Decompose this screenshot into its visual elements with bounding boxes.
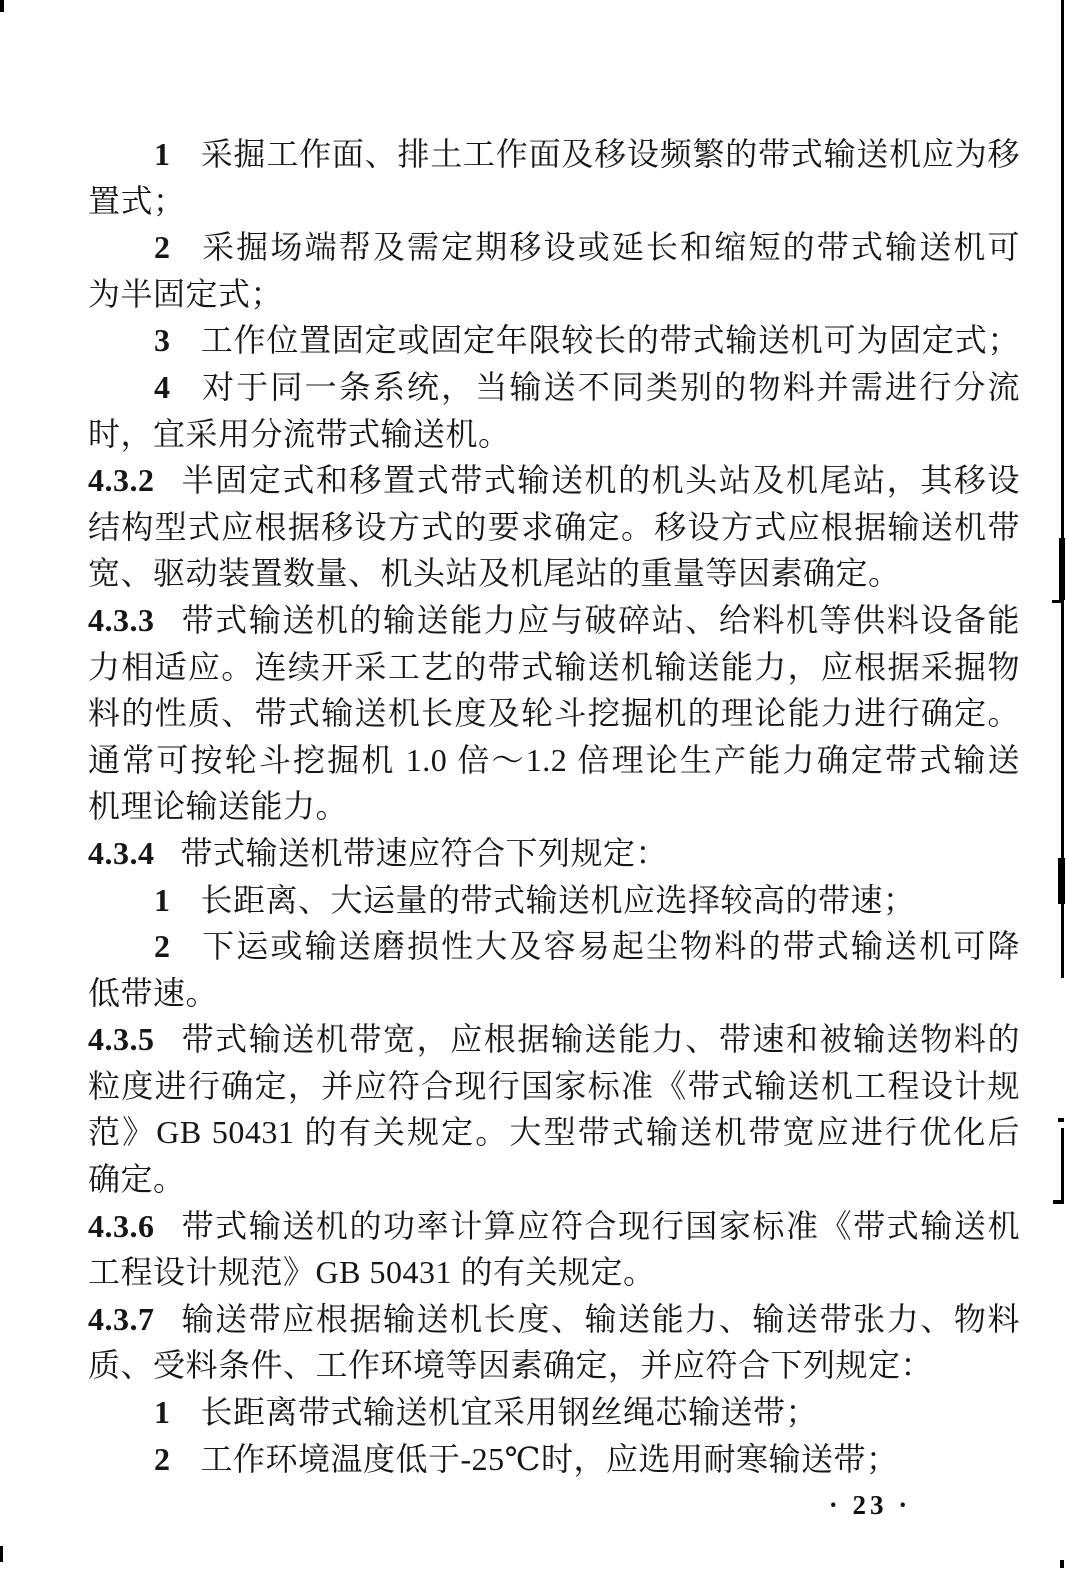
text-line: 宽、驱动装置数量、机头站及机尾站的重量等因素确定。 [88, 550, 1020, 597]
line-text: 通常可按轮斗挖掘机 1.0 倍～1.2 倍理论生产能力确定带式输送 [88, 742, 1020, 778]
text-line: 4.3.7输送带应根据输送机长度、输送能力、输送带张力、物料性 [88, 1296, 1020, 1343]
text-line: 4.3.4带式输送机带速应符合下列规定： [88, 830, 1020, 877]
text-line: 确定。 [88, 1156, 1020, 1203]
text-line: 4对于同一条系统，当输送不同类别的物料并需进行分流 [88, 364, 1020, 411]
line-prefix: 4.3.2 [88, 462, 155, 498]
text-line: 工程设计规范》GB 50431 的有关规定。 [88, 1249, 1020, 1296]
line-prefix: 2 [154, 1441, 171, 1477]
line-prefix: 1 [154, 136, 171, 172]
scanned-document-page: 1采掘工作面、排土工作面及移设频繁的带式输送机应为移 置式； 2采掘场端帮及需定… [0, 0, 1067, 1591]
text-line: 置式； [88, 178, 1020, 225]
text-line: 2下运或输送磨损性大及容易起尘物料的带式输送机可降 [88, 923, 1020, 970]
text-line: 4.3.6带式输送机的功率计算应符合现行国家标准《带式输送机 [88, 1203, 1020, 1250]
text-line: 1长距离带式输送机宜采用钢丝绳芯输送带； [88, 1389, 1020, 1436]
text-block: 1采掘工作面、排土工作面及移设频繁的带式输送机应为移 置式； 2采掘场端帮及需定… [88, 131, 1020, 1482]
scan-artifact-right-tick [1052, 600, 1061, 603]
line-prefix: 1 [154, 1394, 171, 1430]
text-line: 3工作位置固定或固定年限较长的带式输送机可为固定式； [88, 317, 1020, 364]
line-text: 范》GB 50431 的有关规定。大型带式输送机带宽应进行优化后 [88, 1114, 1020, 1150]
scan-artifact-right-tick [1053, 1200, 1064, 1204]
text-line: 4.3.3带式输送机的输送能力应与破碎站、给料机等供料设备能 [88, 597, 1020, 644]
line-prefix: 4.3.6 [88, 1208, 155, 1244]
line-text: 采掘场端帮及需定期移设或延长和缩短的带式输送机可 [201, 229, 1021, 265]
text-line: 结构型式应根据移设方式的要求确定。移设方式应根据输送机带 [88, 504, 1020, 551]
line-prefix: 4.3.5 [88, 1021, 155, 1057]
line-text: 宽、驱动装置数量、机头站及机尾站的重量等因素确定。 [88, 555, 901, 591]
line-text: 为半固定式； [88, 276, 283, 312]
page-number: · 23 · [800, 1490, 940, 1521]
line-text: 带式输送机带宽，应根据输送能力、带速和被输送物料的 [181, 1021, 1021, 1057]
line-text: 长距离带式输送机宜采用钢丝绳芯输送带； [201, 1394, 819, 1430]
text-line: 为半固定式； [88, 271, 1020, 318]
line-text: 确定。 [88, 1161, 186, 1197]
line-text: 置式； [88, 183, 186, 219]
text-line: 通常可按轮斗挖掘机 1.0 倍～1.2 倍理论生产能力确定带式输送 [88, 737, 1020, 784]
scan-artifact-right-blob [1058, 858, 1065, 904]
text-line: 粒度进行确定，并应符合现行国家标准《带式输送机工程设计规 [88, 1063, 1020, 1110]
line-prefix: 2 [154, 928, 171, 964]
line-text: 粒度进行确定，并应符合现行国家标准《带式输送机工程设计规 [88, 1068, 1020, 1104]
text-line: 2工作环境温度低于-25℃时，应选用耐寒输送带； [88, 1436, 1020, 1483]
text-line: 范》GB 50431 的有关规定。大型带式输送机带宽应进行优化后 [88, 1109, 1020, 1156]
text-line: 4.3.5带式输送机带宽，应根据输送能力、带速和被输送物料的 [88, 1016, 1020, 1063]
scan-artifact-right-dot [1060, 1560, 1064, 1568]
text-line: 质、受料条件、工作环境等因素确定，并应符合下列规定： [88, 1342, 1020, 1389]
text-line: 4.3.2半固定式和移置式带式输送机的机头站及机尾站，其移设 [88, 457, 1020, 504]
line-text: 工作位置固定或固定年限较长的带式输送机可为固定式； [201, 322, 1021, 358]
line-text: 采掘工作面、排土工作面及移设频繁的带式输送机应为移 [201, 136, 1021, 172]
text-line: 2采掘场端帮及需定期移设或延长和缩短的带式输送机可 [88, 224, 1020, 271]
scan-artifact-right-line [1061, 0, 1064, 978]
scan-artifact-right-line [1061, 1128, 1064, 1204]
scan-artifact-right-blob [1059, 538, 1065, 600]
scan-artifact-left-mark [0, 1546, 3, 1562]
text-line: 1采掘工作面、排土工作面及移设频繁的带式输送机应为移 [88, 131, 1020, 178]
line-prefix: 2 [154, 229, 171, 265]
line-text: 带式输送机的输送能力应与破碎站、给料机等供料设备能 [181, 602, 1021, 638]
line-prefix: 4.3.7 [88, 1301, 155, 1337]
line-text: 低带速。 [88, 975, 218, 1011]
line-text: 长距离、大运量的带式输送机应选择较高的带速； [201, 882, 916, 918]
line-text: 工程设计规范》GB 50431 的有关规定。 [88, 1254, 655, 1290]
line-text: 料的性质、带式输送机长度及轮斗挖掘机的理论能力进行确定。 [88, 695, 1020, 731]
text-line: 时，宜采用分流带式输送机。 [88, 411, 1020, 458]
line-prefix: 4.3.4 [88, 835, 155, 871]
line-text: 力相适应。连续开采工艺的带式输送机输送能力，应根据采掘物 [88, 649, 1020, 685]
text-line: 机理论输送能力。 [88, 783, 1020, 830]
text-line: 料的性质、带式输送机长度及轮斗挖掘机的理论能力进行确定。 [88, 690, 1020, 737]
line-prefix: 4 [154, 369, 171, 405]
line-text: 带式输送机的功率计算应符合现行国家标准《带式输送机 [181, 1208, 1021, 1244]
line-prefix: 4.3.3 [88, 602, 155, 638]
scan-artifact-left-mark [0, 0, 4, 12]
line-text: 输送带应根据输送机长度、输送能力、输送带张力、物料性 [88, 1301, 1020, 1343]
line-text: 时，宜采用分流带式输送机。 [88, 416, 511, 452]
line-prefix: 1 [154, 882, 171, 918]
text-line: 低带速。 [88, 970, 1020, 1017]
line-text: 机理论输送能力。 [88, 788, 348, 824]
text-line: 1长距离、大运量的带式输送机应选择较高的带速； [88, 877, 1020, 924]
line-text: 结构型式应根据移设方式的要求确定。移设方式应根据输送机带 [88, 509, 1020, 545]
scan-artifact-right-tick [1058, 1118, 1064, 1122]
line-text: 对于同一条系统，当输送不同类别的物料并需进行分流 [201, 369, 1021, 405]
line-text: 工作环境温度低于-25℃时，应选用耐寒输送带； [201, 1441, 899, 1477]
line-text: 质、受料条件、工作环境等因素确定，并应符合下列规定： [88, 1347, 933, 1383]
line-text: 半固定式和移置式带式输送机的机头站及机尾站，其移设 [181, 462, 1021, 498]
line-text: 带式输送机带速应符合下列规定： [181, 835, 669, 871]
line-prefix: 3 [154, 322, 171, 358]
text-line: 力相适应。连续开采工艺的带式输送机输送能力，应根据采掘物 [88, 644, 1020, 691]
line-text: 下运或输送磨损性大及容易起尘物料的带式输送机可降 [201, 928, 1021, 964]
